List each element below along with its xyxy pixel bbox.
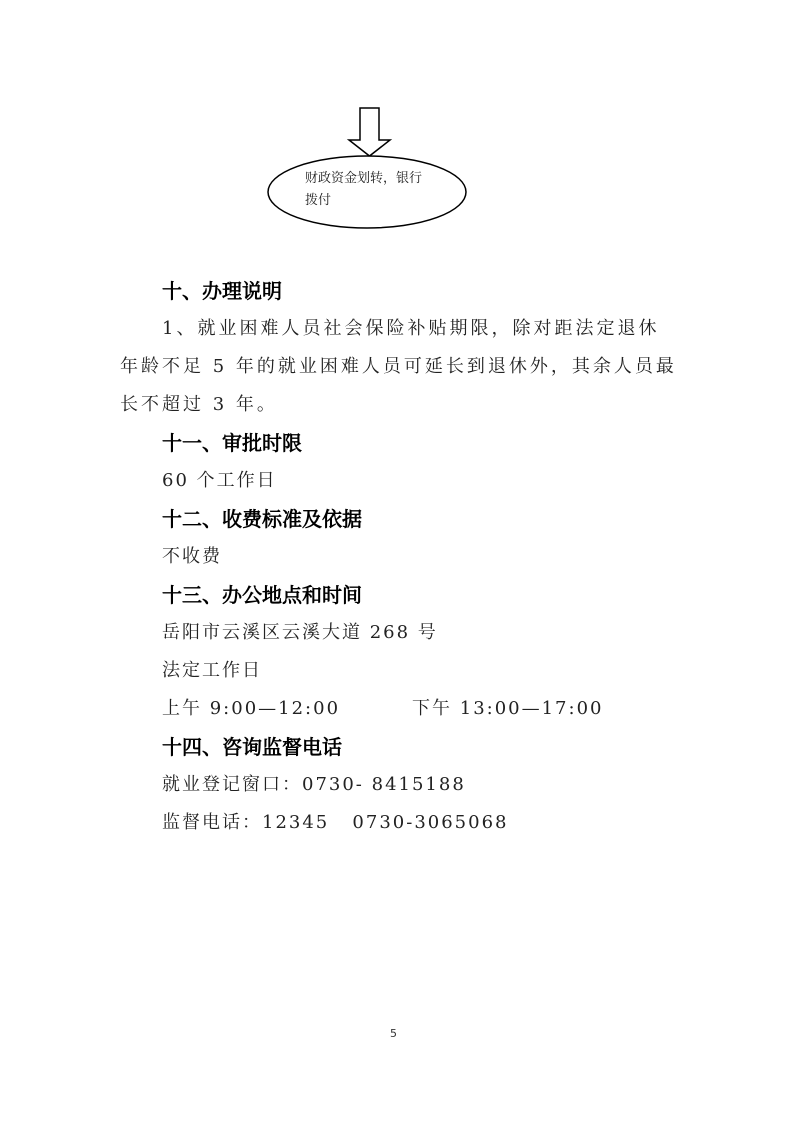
flowchart-fragment: 财政资金划转，银行 拨付 [0,0,793,250]
section-heading-contact: 十四、咨询监督电话 [120,728,680,766]
office-address: 岳阳市云溪区云溪大道 268 号 [120,614,680,652]
section-heading-approval-time: 十一、审批时限 [120,424,680,462]
morning-hours: 上午 9:00—12:00 [162,698,340,719]
down-arrow-icon [0,0,793,250]
section-heading-fees: 十二、收费标准及依据 [120,500,680,538]
employment-window-phone: 就业登记窗口：0730- 8415188 [120,766,680,804]
process-node-label: 财政资金划转，银行 拨付 [305,168,455,212]
paragraph-line: 年龄不足 5 年的就业困难人员可延长到退休外，其余人员最 [120,348,680,386]
afternoon-hours: 下午 13:00—17:00 [412,698,603,719]
document-body: 十、办理说明 1、就业困难人员社会保险补贴期限，除对距法定退休 年龄不足 5 年… [120,272,680,842]
fees-text: 不收费 [120,538,680,576]
paragraph-line: 长不超过 3 年。 [120,386,680,424]
supervision-phone: 监督电话：12345 0730-3065068 [120,804,680,842]
page-number: 5 [390,1027,397,1040]
section-heading-office-location: 十三、办公地点和时间 [120,576,680,614]
section-heading-processing-notes: 十、办理说明 [120,272,680,310]
office-days: 法定工作日 [120,652,680,690]
paragraph-line: 1、就业困难人员社会保险补贴期限，除对距法定退休 [120,310,680,348]
office-hours: 上午 9:00—12:00下午 13:00—17:00 [120,690,680,728]
approval-time-text: 60 个工作日 [120,462,680,500]
